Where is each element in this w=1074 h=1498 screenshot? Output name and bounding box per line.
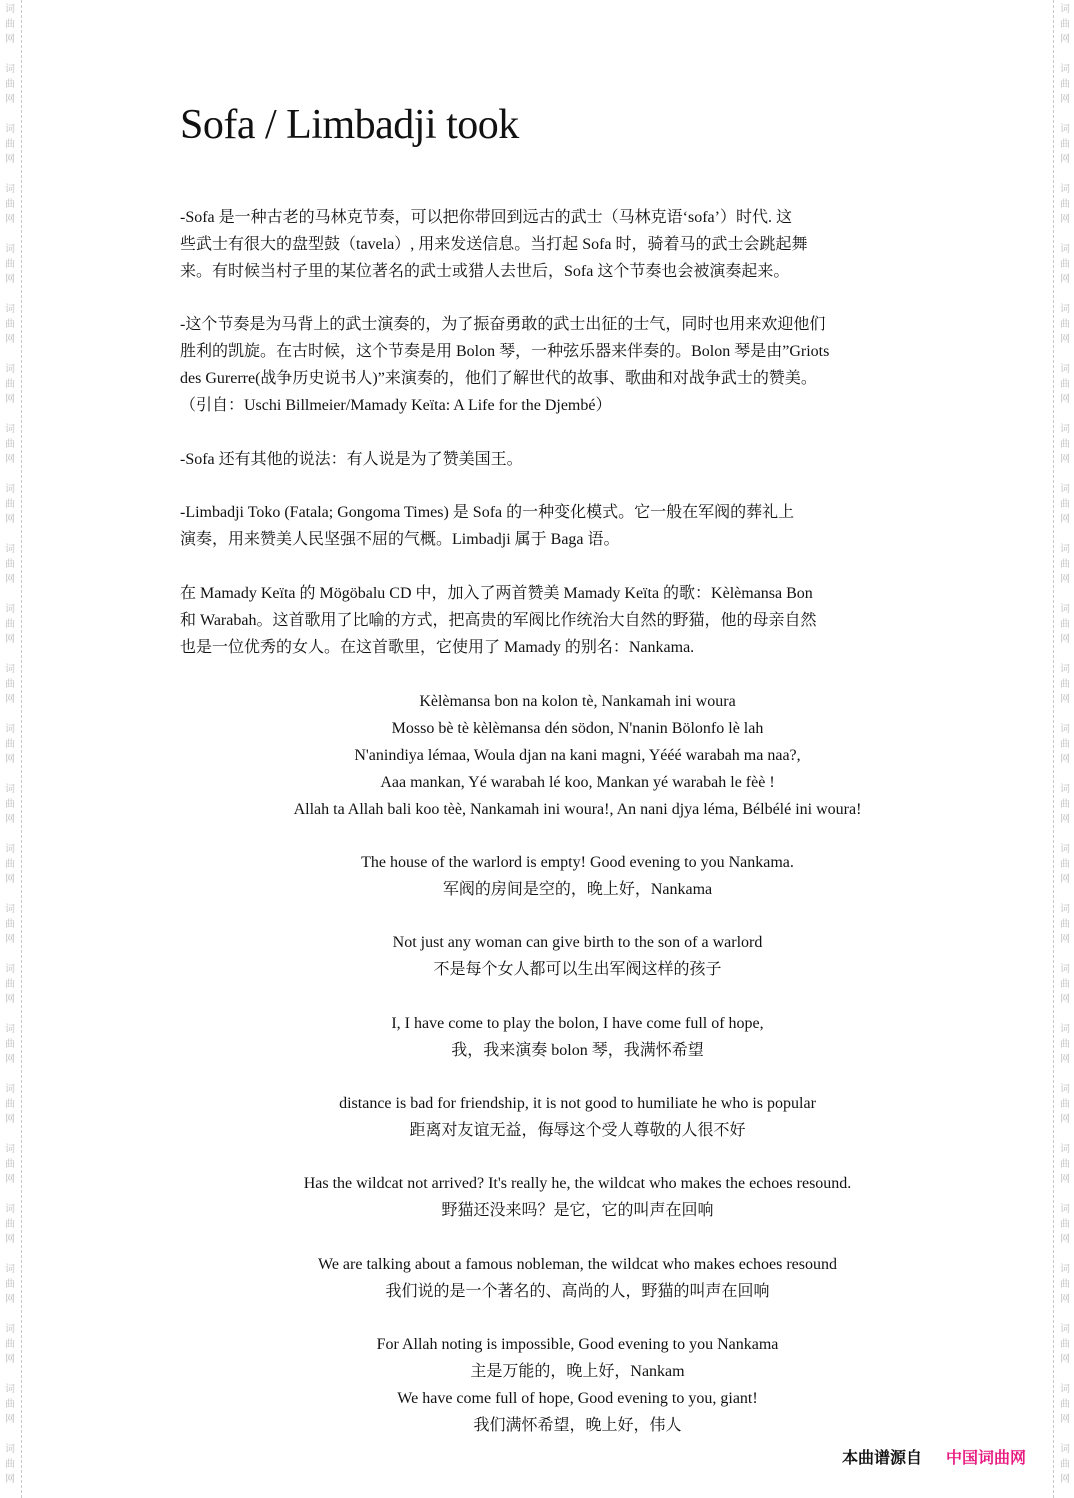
watermark-char: 曲 xyxy=(1057,737,1073,752)
paragraph-line: 来。有时候当村子里的某位著名的武士或猎人去世后，Sofa 这个节奏也会被演奏起来… xyxy=(180,258,925,285)
watermark-char: 网 xyxy=(1057,332,1073,347)
watermark-char: 词 xyxy=(2,1322,18,1337)
watermark-group: 词曲网 xyxy=(2,482,18,527)
translation-zh: 军阀的房间是空的，晚上好，Nankama xyxy=(180,876,975,903)
paragraph-line: 演奏，用来赞美人民坚强不屈的气概。Limbadji 属于 Baga 语。 xyxy=(180,526,925,553)
watermark-char: 曲 xyxy=(2,977,18,992)
watermark-char: 网 xyxy=(1057,1412,1073,1427)
watermark-char: 词 xyxy=(2,722,18,737)
watermark-char: 词 xyxy=(2,1382,18,1397)
watermark-char: 网 xyxy=(2,152,18,167)
watermark-char: 曲 xyxy=(2,1217,18,1232)
watermark-char: 词 xyxy=(1057,1082,1073,1097)
watermark-group: 词曲网 xyxy=(2,1142,18,1187)
watermark-char: 网 xyxy=(2,1172,18,1187)
watermark-char: 网 xyxy=(1057,152,1073,167)
watermark-group: 词曲网 xyxy=(1057,542,1073,587)
watermark-char: 词 xyxy=(2,662,18,677)
watermark-char: 网 xyxy=(1057,1352,1073,1367)
watermark-char: 词 xyxy=(1057,602,1073,617)
watermark-char: 词 xyxy=(1057,302,1073,317)
watermark-char: 曲 xyxy=(2,377,18,392)
watermark-char: 网 xyxy=(1057,872,1073,887)
page-title: Sofa / Limbadji took xyxy=(180,98,519,152)
watermark-group: 词曲网 xyxy=(2,362,18,407)
watermark-char: 网 xyxy=(1057,272,1073,287)
watermark-group: 词曲网 xyxy=(1057,2,1073,47)
translation-zh: 我，我来演奏 bolon 琴，我满怀希望 xyxy=(180,1037,975,1064)
translation-en: distance is bad for friendship, it is no… xyxy=(180,1090,975,1117)
watermark-char: 曲 xyxy=(2,857,18,872)
watermark-char: 曲 xyxy=(2,617,18,632)
watermark-char: 词 xyxy=(1057,122,1073,137)
watermark-group: 词曲网 xyxy=(1057,1142,1073,1187)
watermark-char: 词 xyxy=(2,902,18,917)
watermark-char: 网 xyxy=(2,992,18,1007)
watermark-char: 曲 xyxy=(2,197,18,212)
translation-zh: 我们满怀希望，晚上好，伟人 xyxy=(180,1412,975,1439)
watermark-char: 词 xyxy=(2,542,18,557)
left-margin-dashed-line xyxy=(21,0,22,1498)
watermark-char: 曲 xyxy=(2,1037,18,1052)
watermark-char: 曲 xyxy=(1057,977,1073,992)
watermark-char: 曲 xyxy=(2,1277,18,1292)
translation-pair: distance is bad for friendship, it is no… xyxy=(180,1090,975,1144)
watermark-char: 网 xyxy=(2,1052,18,1067)
watermark-char: 曲 xyxy=(1057,857,1073,872)
watermark-char: 词 xyxy=(2,1142,18,1157)
watermark-char: 网 xyxy=(2,572,18,587)
watermark-group: 词曲网 xyxy=(1057,482,1073,527)
watermark-group: 词曲网 xyxy=(1057,1082,1073,1127)
watermark-char: 曲 xyxy=(2,917,18,932)
watermark-char: 网 xyxy=(1057,1112,1073,1127)
watermark-char: 词 xyxy=(1057,242,1073,257)
watermark-group: 词曲网 xyxy=(2,962,18,1007)
watermark-char: 词 xyxy=(2,1202,18,1217)
paragraph-cd: 在 Mamady Keïta 的 Mögöbalu CD 中，加入了两首赞美 M… xyxy=(180,580,925,661)
watermark-char: 曲 xyxy=(1057,1397,1073,1412)
watermark-char: 词 xyxy=(2,62,18,77)
watermark-char: 曲 xyxy=(2,1097,18,1112)
watermark-char: 网 xyxy=(1057,932,1073,947)
translation-pair: I, I have come to play the bolon, I have… xyxy=(180,1010,975,1064)
watermark-group: 词曲网 xyxy=(2,1322,18,1367)
watermark-char: 网 xyxy=(1057,212,1073,227)
watermark-char: 词 xyxy=(1057,1382,1073,1397)
paragraph-limbadji: -Limbadji Toko (Fatala; Gongoma Times) 是… xyxy=(180,499,925,553)
watermark-char: 词 xyxy=(1057,482,1073,497)
watermark-char: 词 xyxy=(1057,182,1073,197)
watermark-char: 词 xyxy=(1057,1442,1073,1457)
translation-en: The house of the warlord is empty! Good … xyxy=(180,849,975,876)
watermark-char: 曲 xyxy=(2,1157,18,1172)
watermark-char: 曲 xyxy=(2,497,18,512)
watermark-char: 曲 xyxy=(1057,497,1073,512)
watermark-char: 词 xyxy=(2,362,18,377)
watermark-char: 网 xyxy=(2,272,18,287)
paragraph-line: 在 Mamady Keïta 的 Mögöbalu CD 中，加入了两首赞美 M… xyxy=(180,580,925,607)
watermark-char: 网 xyxy=(1057,1472,1073,1487)
lyric-line: Allah ta Allah bali koo tèè, Nankamah in… xyxy=(180,796,975,823)
translation-zh: 野猫还没来吗？是它，它的叫声在回响 xyxy=(180,1197,975,1224)
watermark-char: 曲 xyxy=(1057,377,1073,392)
translation-zh: 主是万能的，晚上好，Nankam xyxy=(180,1358,975,1385)
citation-line: （引自：Uschi Billmeier/Mamady Keïta: A Life… xyxy=(180,392,925,419)
brand-link[interactable]: 中国词曲网 xyxy=(946,1448,1026,1467)
watermark-char: 网 xyxy=(1057,1232,1073,1247)
watermark-char: 词 xyxy=(1057,1262,1073,1277)
watermark-char: 词 xyxy=(1057,962,1073,977)
paragraph-line: 些武士有很大的盘型鼓（tavela）, 用来发送信息。当打起 Sofa 时，骑着… xyxy=(180,231,925,258)
watermark-group: 词曲网 xyxy=(1057,1202,1073,1247)
watermark-char: 网 xyxy=(1057,692,1073,707)
watermark-group: 词曲网 xyxy=(2,1022,18,1067)
watermark-char: 网 xyxy=(1057,452,1073,467)
watermark-group: 词曲网 xyxy=(1057,842,1073,887)
watermark-char: 词 xyxy=(2,1022,18,1037)
watermark-group: 词曲网 xyxy=(2,302,18,347)
watermark-char: 词 xyxy=(1057,2,1073,17)
watermark-char: 网 xyxy=(1057,92,1073,107)
watermark-char: 曲 xyxy=(2,77,18,92)
watermark-char: 网 xyxy=(2,1292,18,1307)
watermark-char: 词 xyxy=(1057,1022,1073,1037)
translation-pair: Not just any woman can give birth to the… xyxy=(180,929,975,983)
watermark-char: 网 xyxy=(2,1412,18,1427)
watermark-char: 网 xyxy=(1057,1172,1073,1187)
right-watermark-column: 词曲网词曲网词曲网词曲网词曲网词曲网词曲网词曲网词曲网词曲网词曲网词曲网词曲网词… xyxy=(1057,0,1073,1498)
watermark-char: 词 xyxy=(2,1262,18,1277)
watermark-char: 曲 xyxy=(1057,1097,1073,1112)
watermark-char: 曲 xyxy=(1057,917,1073,932)
watermark-char: 词 xyxy=(1057,62,1073,77)
right-margin-dashed-line xyxy=(1053,0,1054,1498)
watermark-char: 词 xyxy=(1057,662,1073,677)
watermark-char: 词 xyxy=(1057,902,1073,917)
translation-en: Has the wildcat not arrived? It's really… xyxy=(180,1170,975,1197)
watermark-group: 词曲网 xyxy=(1057,362,1073,407)
watermark-group: 词曲网 xyxy=(2,542,18,587)
watermark-char: 词 xyxy=(2,962,18,977)
watermark-char: 词 xyxy=(2,482,18,497)
watermark-char: 曲 xyxy=(1057,437,1073,452)
watermark-char: 网 xyxy=(2,212,18,227)
watermark-char: 词 xyxy=(2,842,18,857)
watermark-char: 网 xyxy=(1057,572,1073,587)
watermark-char: 曲 xyxy=(2,1457,18,1472)
watermark-char: 词 xyxy=(2,302,18,317)
watermark-char: 曲 xyxy=(1057,617,1073,632)
watermark-char: 网 xyxy=(2,692,18,707)
watermark-char: 曲 xyxy=(2,737,18,752)
watermark-group: 词曲网 xyxy=(2,242,18,287)
watermark-char: 网 xyxy=(2,752,18,767)
watermark-group: 词曲网 xyxy=(2,602,18,647)
watermark-char: 曲 xyxy=(2,797,18,812)
watermark-char: 网 xyxy=(2,632,18,647)
paragraph-line: -Sofa 是一种古老的马林克节奏，可以把你带回到远古的武士（马林克语‘sofa… xyxy=(180,204,925,231)
watermark-group: 词曲网 xyxy=(1057,1442,1073,1487)
watermark-char: 词 xyxy=(2,1082,18,1097)
watermark-char: 词 xyxy=(1057,722,1073,737)
watermark-char: 网 xyxy=(2,92,18,107)
watermark-char: 词 xyxy=(2,2,18,17)
watermark-group: 词曲网 xyxy=(2,1382,18,1427)
watermark-char: 词 xyxy=(2,422,18,437)
source-footer: 本曲谱源自中国词曲网 xyxy=(842,1447,1026,1469)
translation-en: I, I have come to play the bolon, I have… xyxy=(180,1010,975,1037)
watermark-group: 词曲网 xyxy=(2,2,18,47)
watermark-char: 网 xyxy=(1057,392,1073,407)
watermark-group: 词曲网 xyxy=(2,842,18,887)
source-label: 本曲谱源自 xyxy=(842,1448,922,1467)
watermark-group: 词曲网 xyxy=(2,182,18,227)
watermark-char: 曲 xyxy=(2,1337,18,1352)
watermark-char: 词 xyxy=(1057,542,1073,557)
paragraph-history: -这个节奏是为马背上的武士演奏的，为了振奋勇敢的武士出征的士气，同时也用来欢迎他… xyxy=(180,311,925,419)
watermark-char: 词 xyxy=(1057,842,1073,857)
watermark-group: 词曲网 xyxy=(2,422,18,467)
watermark-group: 词曲网 xyxy=(1057,962,1073,1007)
watermark-char: 网 xyxy=(2,812,18,827)
watermark-group: 词曲网 xyxy=(2,782,18,827)
watermark-char: 网 xyxy=(2,332,18,347)
watermark-group: 词曲网 xyxy=(1057,1022,1073,1067)
watermark-group: 词曲网 xyxy=(1057,1322,1073,1367)
watermark-char: 网 xyxy=(1057,32,1073,47)
watermark-char: 词 xyxy=(2,1442,18,1457)
translation-zh: 不是每个女人都可以生出军阀这样的孩子 xyxy=(180,956,975,983)
watermark-group: 词曲网 xyxy=(2,662,18,707)
watermark-char: 曲 xyxy=(1057,1157,1073,1172)
watermark-char: 词 xyxy=(1057,1322,1073,1337)
watermark-char: 曲 xyxy=(2,137,18,152)
translation-en: For Allah noting is impossible, Good eve… xyxy=(180,1331,975,1358)
watermark-char: 网 xyxy=(2,872,18,887)
lyric-line: Mosso bè tè kèlèmansa dén södon, N'nanin… xyxy=(180,715,975,742)
paragraph-line: -这个节奏是为马背上的武士演奏的，为了振奋勇敢的武士出征的士气，同时也用来欢迎他… xyxy=(180,311,925,338)
watermark-char: 网 xyxy=(1057,512,1073,527)
watermark-char: 曲 xyxy=(2,17,18,32)
watermark-group: 词曲网 xyxy=(1057,422,1073,467)
watermark-char: 曲 xyxy=(2,557,18,572)
watermark-group: 词曲网 xyxy=(2,62,18,107)
watermark-char: 曲 xyxy=(1057,1457,1073,1472)
watermark-char: 曲 xyxy=(1057,677,1073,692)
watermark-char: 曲 xyxy=(2,1397,18,1412)
watermark-group: 词曲网 xyxy=(1057,602,1073,647)
watermark-char: 曲 xyxy=(1057,1277,1073,1292)
watermark-char: 网 xyxy=(2,452,18,467)
translation-en: We are talking about a famous nobleman, … xyxy=(180,1251,975,1278)
watermark-group: 词曲网 xyxy=(1057,722,1073,767)
watermark-char: 网 xyxy=(1057,1052,1073,1067)
lyric-line: Aaa mankan, Yé warabah lé koo, Mankan yé… xyxy=(180,769,975,796)
translation-pair: We are talking about a famous nobleman, … xyxy=(180,1251,975,1305)
paragraph-line: -Limbadji Toko (Fatala; Gongoma Times) 是… xyxy=(180,499,925,526)
watermark-char: 词 xyxy=(1057,782,1073,797)
watermark-char: 网 xyxy=(2,32,18,47)
watermark-char: 网 xyxy=(1057,752,1073,767)
watermark-char: 曲 xyxy=(1057,1337,1073,1352)
watermark-char: 网 xyxy=(2,512,18,527)
watermark-char: 曲 xyxy=(2,257,18,272)
watermark-char: 网 xyxy=(2,1112,18,1127)
paragraph-intro: -Sofa 是一种古老的马林克节奏，可以把你带回到远古的武士（马林克语‘sofa… xyxy=(180,204,925,285)
watermark-char: 网 xyxy=(2,392,18,407)
watermark-char: 曲 xyxy=(1057,797,1073,812)
watermark-group: 词曲网 xyxy=(1057,62,1073,107)
watermark-char: 曲 xyxy=(1057,197,1073,212)
watermark-group: 词曲网 xyxy=(1057,122,1073,167)
watermark-char: 曲 xyxy=(1057,1037,1073,1052)
translation-pair: Has the wildcat not arrived? It's really… xyxy=(180,1170,975,1224)
watermark-group: 词曲网 xyxy=(2,1442,18,1487)
paragraph-line: -Sofa 还有其他的说法：有人说是为了赞美国王。 xyxy=(180,446,925,473)
lyric-line: Kèlèmansa bon na kolon tè, Nankamah ini … xyxy=(180,688,975,715)
watermark-char: 曲 xyxy=(1057,257,1073,272)
watermark-char: 网 xyxy=(1057,632,1073,647)
translation-en: We have come full of hope, Good evening … xyxy=(180,1385,975,1412)
watermark-group: 词曲网 xyxy=(1057,782,1073,827)
watermark-group: 词曲网 xyxy=(1057,662,1073,707)
translation-pair: The house of the warlord is empty! Good … xyxy=(180,849,975,903)
watermark-char: 曲 xyxy=(1057,1217,1073,1232)
watermark-char: 词 xyxy=(2,182,18,197)
paragraph-line: 和 Warabah。这首歌用了比喻的方式，把高贵的军阀比作统治大自然的野猫，他的… xyxy=(180,607,925,634)
paragraph-line: des Gurerre(战争历史说书人)”来演奏的，他们了解世代的故事、歌曲和对… xyxy=(180,365,925,392)
watermark-char: 曲 xyxy=(2,317,18,332)
watermark-char: 网 xyxy=(1057,992,1073,1007)
watermark-char: 词 xyxy=(2,602,18,617)
watermark-char: 曲 xyxy=(1057,317,1073,332)
watermark-group: 词曲网 xyxy=(2,1262,18,1307)
watermark-group: 词曲网 xyxy=(2,902,18,947)
translation-zh: 我们说的是一个著名的、高尚的人，野猫的叫声在回响 xyxy=(180,1278,975,1305)
watermark-group: 词曲网 xyxy=(1057,1382,1073,1427)
watermark-char: 网 xyxy=(1057,812,1073,827)
watermark-char: 曲 xyxy=(1057,17,1073,32)
watermark-char: 词 xyxy=(2,122,18,137)
watermark-char: 词 xyxy=(1057,1202,1073,1217)
watermark-char: 曲 xyxy=(1057,557,1073,572)
watermark-char: 网 xyxy=(2,1232,18,1247)
lyric-line: N'anindiya lémaa, Woula djan na kani mag… xyxy=(180,742,975,769)
watermark-group: 词曲网 xyxy=(2,1202,18,1247)
watermark-group: 词曲网 xyxy=(2,122,18,167)
song-original-lyrics: Kèlèmansa bon na kolon tè, Nankamah ini … xyxy=(180,688,975,823)
watermark-char: 词 xyxy=(2,782,18,797)
watermark-char: 词 xyxy=(2,242,18,257)
closing-lines: For Allah noting is impossible, Good eve… xyxy=(180,1331,975,1439)
watermark-char: 曲 xyxy=(1057,137,1073,152)
watermark-char: 网 xyxy=(1057,1292,1073,1307)
translation-zh: 距离对友谊无益，侮辱这个受人尊敬的人很不好 xyxy=(180,1117,975,1144)
watermark-char: 词 xyxy=(1057,1142,1073,1157)
left-watermark-column: 词曲网词曲网词曲网词曲网词曲网词曲网词曲网词曲网词曲网词曲网词曲网词曲网词曲网词… xyxy=(2,0,18,1498)
watermark-char: 曲 xyxy=(1057,77,1073,92)
watermark-char: 网 xyxy=(2,1472,18,1487)
watermark-group: 词曲网 xyxy=(2,722,18,767)
watermark-char: 网 xyxy=(2,1352,18,1367)
paragraph-line: 也是一位优秀的女人。在这首歌里，它使用了 Mamady 的别名：Nankama. xyxy=(180,634,925,661)
watermark-group: 词曲网 xyxy=(1057,242,1073,287)
watermark-group: 词曲网 xyxy=(1057,902,1073,947)
translation-en: Not just any woman can give birth to the… xyxy=(180,929,975,956)
paragraph-other-meaning: -Sofa 还有其他的说法：有人说是为了赞美国王。 xyxy=(180,446,925,473)
watermark-group: 词曲网 xyxy=(2,1082,18,1127)
watermark-char: 词 xyxy=(1057,422,1073,437)
watermark-char: 曲 xyxy=(2,437,18,452)
watermark-char: 词 xyxy=(1057,362,1073,377)
watermark-char: 曲 xyxy=(2,677,18,692)
paragraph-line: 胜利的凯旋。在古时候，这个节奏是用 Bolon 琴，一种弦乐器来伴奏的。Bolo… xyxy=(180,338,925,365)
watermark-char: 网 xyxy=(2,932,18,947)
watermark-group: 词曲网 xyxy=(1057,1262,1073,1307)
watermark-group: 词曲网 xyxy=(1057,182,1073,227)
watermark-group: 词曲网 xyxy=(1057,302,1073,347)
